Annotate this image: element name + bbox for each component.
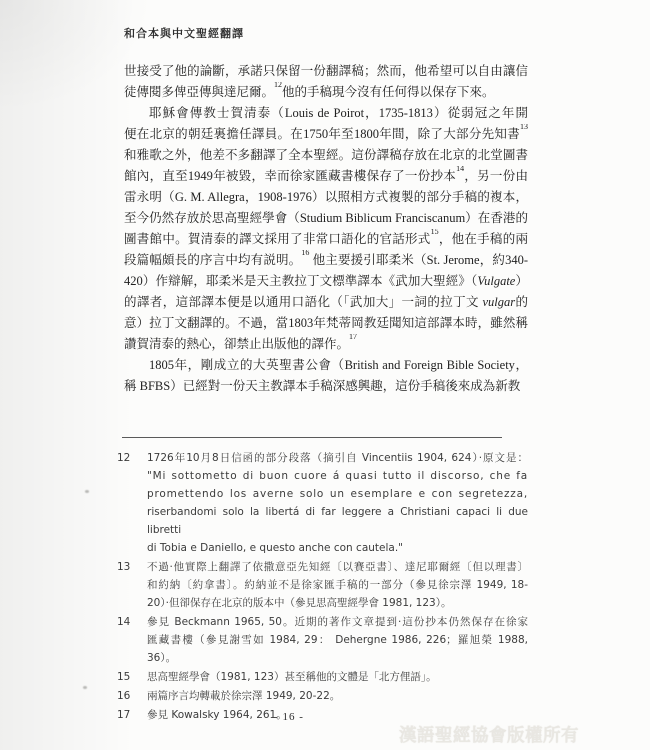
- body-line: 的譯者，這部譯本便是以通用口語化（「武加大」一詞的拉丁文 vulgar的原: [124, 292, 528, 313]
- footnote-line: 兩篇序言均轉載於徐宗澤 1949, 20-22。: [147, 687, 528, 705]
- text-segment: 圖書館中。賀清泰的譯文採用了非常口語化的官話形式: [124, 232, 431, 246]
- text-segment: 便在北京的朝廷裏擔任譯員。在1750年至1800年間，除了大部分先知書: [124, 127, 520, 141]
- text-segment: ，他在手稿的兩: [439, 232, 528, 246]
- footnote-line: 20）·但卻保存在北京的版本中（參見思高聖經學會 1981, 123）。: [147, 594, 528, 612]
- text-segment: 稱 BFBS）已經對一份天主教譯本手稿深感興趣，這份手稿後來成為新教: [124, 379, 520, 393]
- footnote-text: 參見 Beckmann 1965, 50。近期的著作文章提到·這份抄本仍然保存在…: [147, 613, 528, 667]
- text-segment: 1726年10月8日信函的部分段落（摘引自 Vincentiis 1904, 6…: [147, 452, 528, 464]
- footnote-text: 思高聖經學會（1981, 123）甚至稱他的文體是「北方俚語」。: [147, 668, 528, 686]
- footnotes-section: 121726年10月8日信函的部分段落（摘引自 Vincentiis 1904,…: [117, 449, 528, 725]
- footnote-line: "Mi sottometto di buon cuore á quasi tut…: [147, 467, 528, 485]
- footnote-number: 16: [117, 687, 147, 705]
- footnote-line: 不過·他實際上翻譯了依撒意亞先知經〔以賽亞書〕、達尼耶爾經〔但以理書〕: [147, 558, 528, 576]
- footnote-line: 參見 Beckmann 1965, 50。近期的著作文章提到·這份抄本仍然保存在…: [147, 613, 528, 631]
- text-segment: 36）。: [147, 652, 176, 664]
- scan-speck: [85, 490, 89, 493]
- text-segment: 的譯者，這部譯本便是以通用口語化（「武加大」一詞的拉丁文: [124, 295, 482, 309]
- footnote: 15思高聖經學會（1981, 123）甚至稱他的文體是「北方俚語」。: [117, 668, 528, 686]
- footnote-number: 14: [117, 613, 147, 667]
- text-segment: Vulgate: [477, 274, 515, 288]
- footnote-ref: 17: [349, 334, 357, 341]
- text-segment: 他的手稿現今沒有任何得以保存下來。: [282, 85, 495, 99]
- text-segment: promettendo los averne solo un esemplare…: [147, 488, 528, 500]
- body-line: 讚賀清泰的熱心，卻禁止出版他的譯作。17: [124, 334, 528, 355]
- footnote-text: 1726年10月8日信函的部分段落（摘引自 Vincentiis 1904, 6…: [147, 449, 528, 557]
- footnote-ref: 15: [431, 229, 439, 236]
- footnote-line: di Tobia e Daniello, e questo anche con …: [147, 539, 528, 557]
- text-segment: 讚賀清泰的熱心，卻禁止出版他的譯作。: [124, 337, 349, 351]
- footnote-number: 12: [117, 449, 147, 557]
- text-segment: 參見 Beckmann 1965, 50。近期的著作文章提到·這份抄本仍然保存在…: [147, 616, 528, 628]
- footnote-line: 和約納〔約拿書〕。約納並不是徐家匯手稿的一部分（參見徐宗澤 1949, 18-: [147, 576, 528, 594]
- text-segment: 徒傳閱多俾亞傳與達尼爾。: [124, 85, 274, 99]
- text-segment: riserbandomi solo la libertá di far legg…: [147, 506, 528, 536]
- footnote-ref: 14: [456, 166, 464, 173]
- text-segment: 耶穌會傳教士賀清泰（Louis de Poirot，1735-1813）從弱冠之…: [149, 106, 528, 124]
- text-segment: di Tobia e Daniello, e questo anche con …: [147, 542, 403, 554]
- running-header: 和合本與中文聖經翻譯: [124, 25, 244, 41]
- footnote-line: 1726年10月8日信函的部分段落（摘引自 Vincentiis 1904, 6…: [147, 449, 528, 467]
- text-segment: 和雅歌之外，他差不多翻譯了全本聖經。這份譯稿存放在北京的北堂圖書: [124, 148, 528, 162]
- footnote-text: 不過·他實際上翻譯了依撒意亞先知經〔以賽亞書〕、達尼耶爾經〔但以理書〕和約納〔約…: [147, 558, 528, 612]
- text-segment: 館內，直至1949年被毀，幸而徐家匯藏書樓保存了一份抄本: [124, 169, 456, 183]
- text-segment: 420）作辯解，耶柔米是天主教拉丁文標準譯本《武加大聖經》（: [124, 274, 477, 288]
- body-line: 圖書館中。賀清泰的譯文採用了非常口語化的官話形式15，他在手稿的兩: [124, 229, 528, 250]
- text-segment: vulgar: [482, 295, 515, 309]
- body-line: 1805年，剛成立的大英聖書公會（British and Foreign Bib…: [124, 355, 528, 376]
- text-segment: 意）拉丁文翻譯的。不過，當1803年梵蒂岡教廷聞知這部譯本時，雖然稱: [124, 316, 528, 330]
- text-segment: 他主要援引耶柔米（St. Jerome，約340-: [309, 253, 528, 267]
- text-segment: 段篇幅頗長的序言中均有説明。: [124, 253, 301, 267]
- footnote: 16兩篇序言均轉載於徐宗澤 1949, 20-22。: [117, 687, 528, 705]
- body-line: 和雅歌之外，他差不多翻譯了全本聖經。這份譯稿存放在北京的北堂圖書: [124, 145, 528, 166]
- footnote-line: 36）。: [147, 649, 528, 667]
- text-segment: 1805年，剛成立的大英聖書公會（British and Foreign Bib…: [149, 358, 528, 376]
- body-line: 段篇幅頗長的序言中均有説明。16 他主要援引耶柔米（St. Jerome，約34…: [124, 250, 528, 271]
- text-segment: "Mi sottometto di buon cuore á quasi tut…: [147, 470, 528, 482]
- copyright-watermark: 漢語聖經協會版權所有: [399, 722, 579, 747]
- footnote-line: 思高聖經學會（1981, 123）甚至稱他的文體是「北方俚語」。: [147, 668, 528, 686]
- body-line: 耶穌會傳教士賀清泰（Louis de Poirot，1735-1813）從弱冠之…: [124, 103, 528, 124]
- text-segment: 匯藏書樓（參見謝雪如 1984, 29： Dehergne 1986, 226；…: [147, 634, 528, 646]
- body-line: 420）作辯解，耶柔米是天主教拉丁文標準譯本《武加大聖經》（Vulgate）: [124, 271, 528, 292]
- footnote-ref: 16: [301, 250, 309, 257]
- body-line: 館內，直至1949年被毀，幸而徐家匯藏書樓保存了一份抄本14，另一份由: [124, 166, 528, 187]
- body-text: 世接受了他的論斷，承諾只保留一份翻譯稿；然而，他希望可以自由讓信徒傳閱多俾亞傳與…: [124, 61, 528, 397]
- footnote-line: promettendo los averne solo un esemplare…: [147, 485, 528, 503]
- footnote: 13不過·他實際上翻譯了依撒意亞先知經〔以賽亞書〕、達尼耶爾經〔但以理書〕和約納…: [117, 558, 528, 612]
- body-line: 至今仍然存放於思高聖經學會（Studium Biblicum Francisca…: [124, 208, 528, 229]
- footnote: 121726年10月8日信函的部分段落（摘引自 Vincentiis 1904,…: [117, 449, 528, 557]
- footnote-number: 15: [117, 668, 147, 686]
- text-segment: ）: [515, 274, 528, 288]
- footnote-separator: [122, 437, 502, 438]
- text-segment: 至今仍然存放於思高聖經學會（Studium Biblicum Francisca…: [124, 211, 528, 225]
- text-segment: 思高聖經學會（1981, 123）甚至稱他的文體是「北方俚語」。: [147, 671, 437, 683]
- body-line: 意）拉丁文翻譯的。不過，當1803年梵蒂岡教廷聞知這部譯本時，雖然稱: [124, 313, 528, 334]
- footnote-ref: 12: [274, 82, 282, 89]
- body-line: 便在北京的朝廷裏擔任譯員。在1750年至1800年間，除了大部分先知書13: [124, 124, 528, 145]
- footnote-line: 匯藏書樓（參見謝雪如 1984, 29： Dehergne 1986, 226；…: [147, 631, 528, 649]
- footnote: 14參見 Beckmann 1965, 50。近期的著作文章提到·這份抄本仍然保…: [117, 613, 528, 667]
- footnote-text: 兩篇序言均轉載於徐宗澤 1949, 20-22。: [147, 687, 528, 705]
- text-segment: 不過·他實際上翻譯了依撒意亞先知經〔以賽亞書〕、達尼耶爾經〔但以理書〕: [147, 561, 528, 573]
- footnote-number: 13: [117, 558, 147, 612]
- footnote-line: riserbandomi solo la libertá di far legg…: [147, 503, 528, 539]
- footnote-ref: 13: [520, 124, 528, 131]
- body-line: 稱 BFBS）已經對一份天主教譯本手稿深感興趣，這份手稿後來成為新教: [124, 376, 528, 397]
- text-segment: 世接受了他的論斷，承諾只保留一份翻譯稿；然而，他希望可以自由讓信: [124, 64, 528, 78]
- text-segment: ，另一份由: [464, 169, 528, 183]
- scan-speck: [83, 686, 87, 689]
- body-line: 世接受了他的論斷，承諾只保留一份翻譯稿；然而，他希望可以自由讓信: [124, 61, 528, 82]
- text-segment: 雷永明（G. M. Allegra，1908-1976）以照相方式複製的部分手稿…: [124, 190, 528, 204]
- body-line: 徒傳閱多俾亞傳與達尼爾。12他的手稿現今沒有任何得以保存下來。: [124, 82, 528, 103]
- book-page: 和合本與中文聖經翻譯 世接受了他的論斷，承諾只保留一份翻譯稿；然而，他希望可以自…: [0, 0, 650, 750]
- text-segment: 20）·但卻保存在北京的版本中（參見思高聖經學會 1981, 123）。: [147, 597, 451, 609]
- text-segment: 和約納〔約拿書〕。約納並不是徐家匯手稿的一部分（參見徐宗澤 1949, 18-: [147, 579, 528, 591]
- text-segment: 兩篇序言均轉載於徐宗澤 1949, 20-22。: [147, 690, 340, 702]
- body-line: 雷永明（G. M. Allegra，1908-1976）以照相方式複製的部分手稿…: [124, 187, 528, 208]
